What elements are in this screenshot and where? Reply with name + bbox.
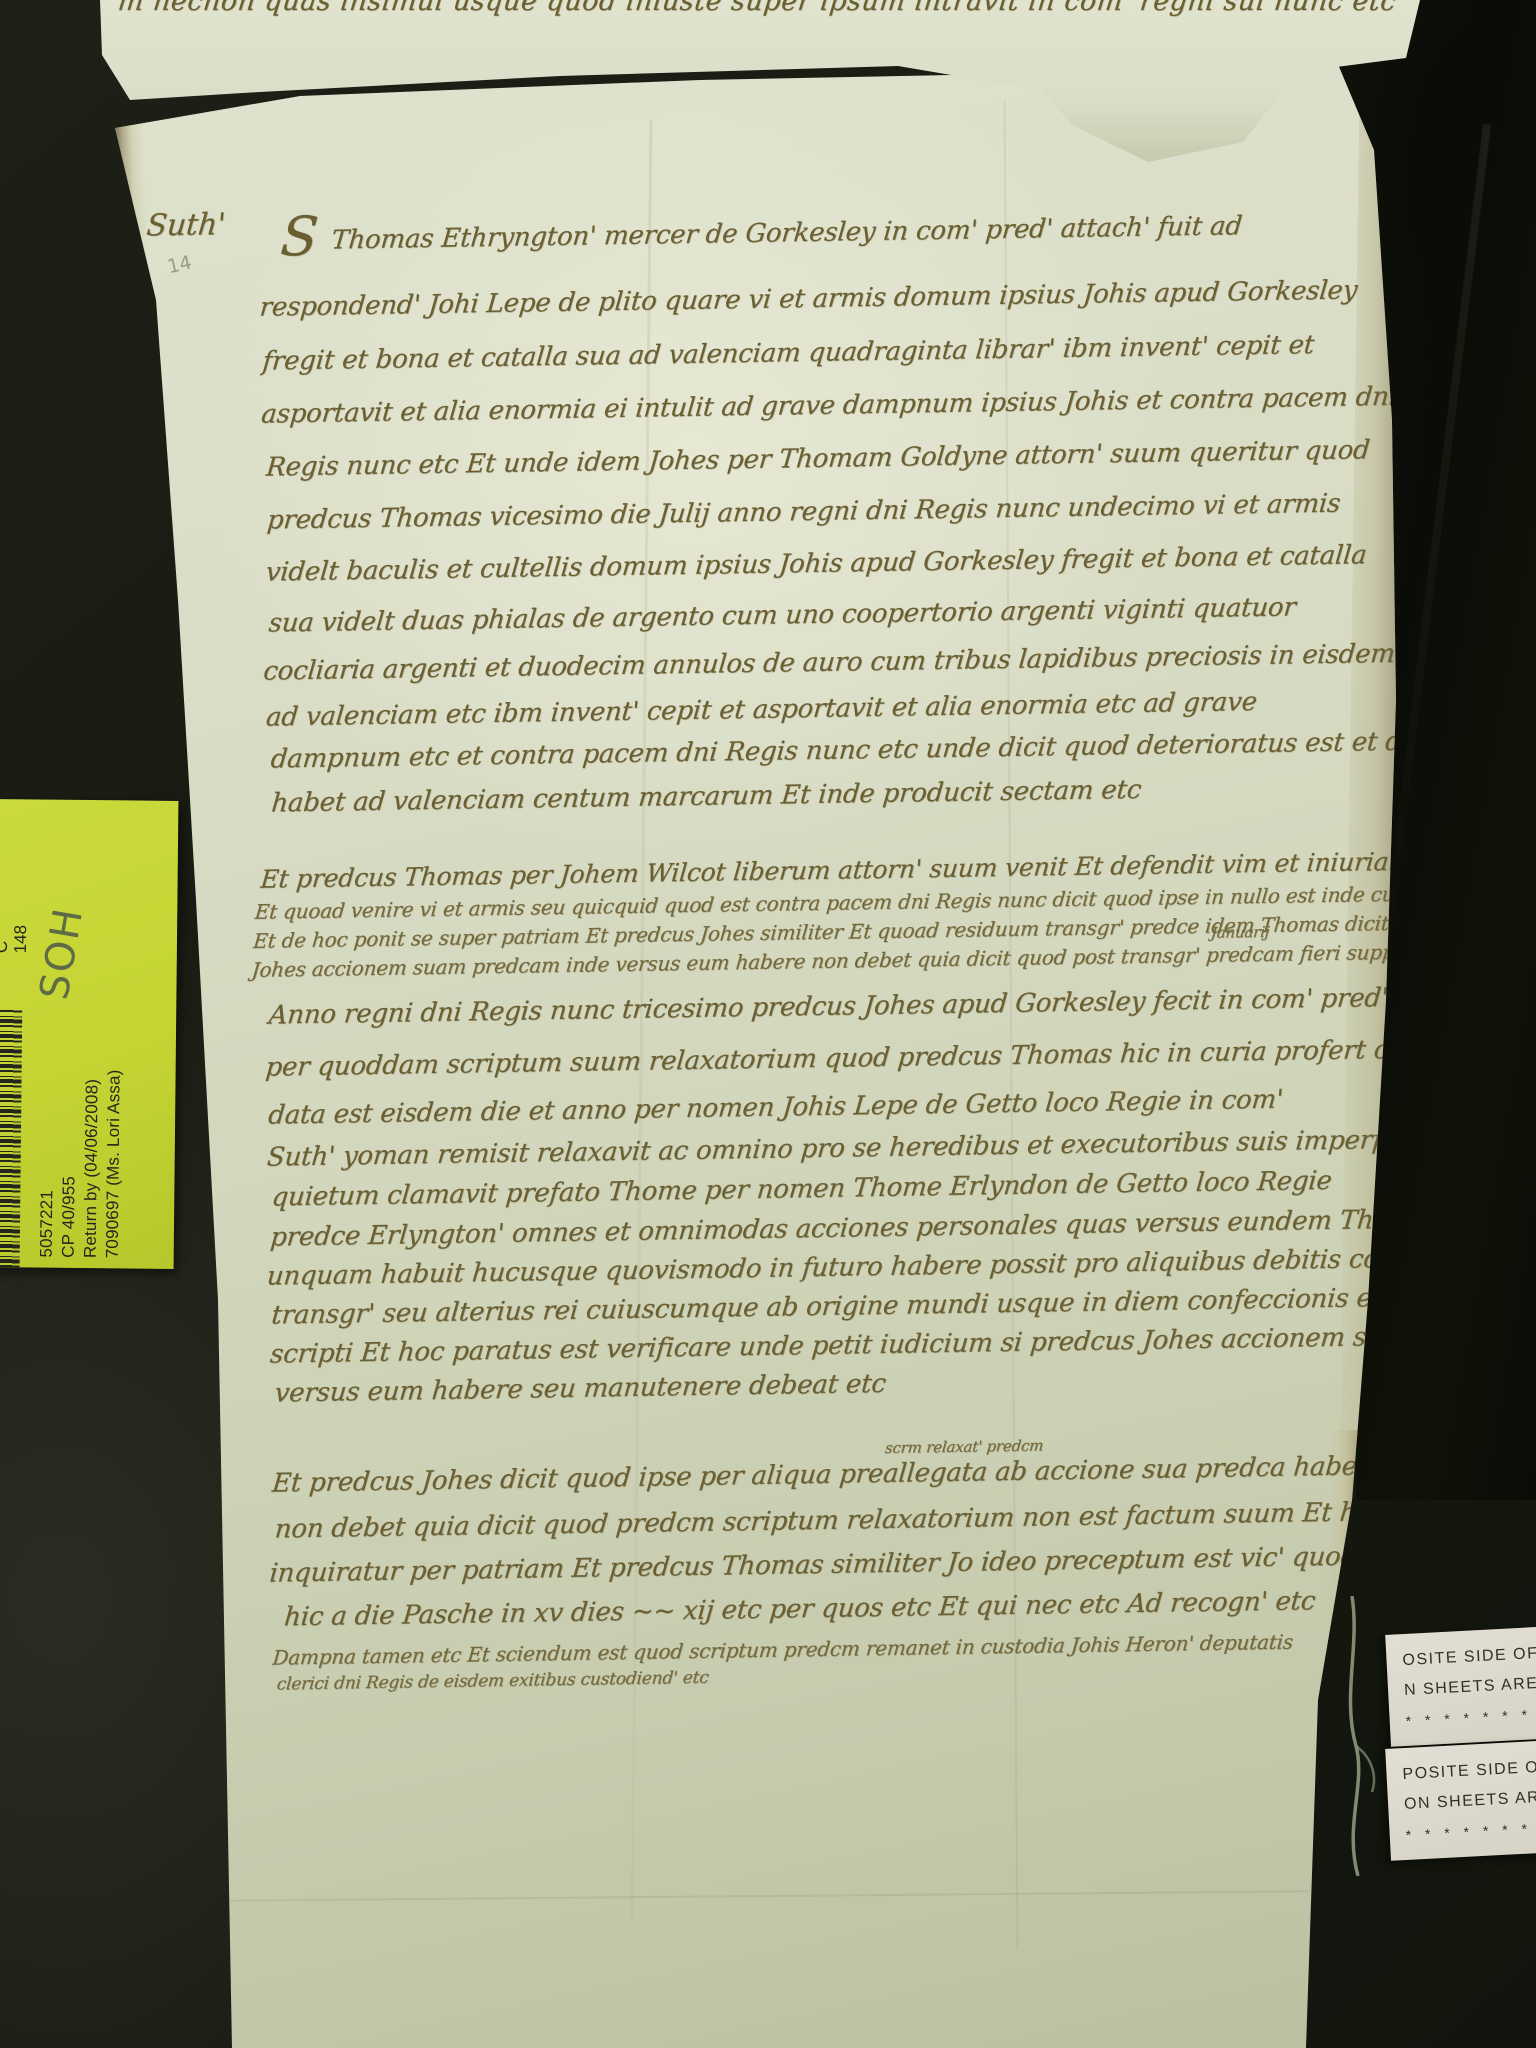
pencil-mark: 14 [165,251,193,278]
interlinear-note: Januarij [1210,923,1270,942]
manuscript-line: data est eisdem die et anno per nomen Jo… [267,1085,1284,1131]
manuscript-line: hic a die Pasche in xv dies ~~ xij etc p… [283,1586,1317,1632]
sticky-note-rotated-content: 5057221 CP 40/955 Return by (04/06/2008)… [0,799,178,1269]
manuscript-line: clerici dni Regis de eisdem exitibus cus… [276,1668,710,1695]
barcode [0,1009,22,1267]
sticky-note-printed-text: 5057221 CP 40/955 Return by (04/06/2008)… [36,1069,126,1259]
parchment-page: Suth' 14 SThomas Ethryngton' mercer de G… [0,0,1536,2048]
manuscript-line: asportavit et alia enormia ei intulit ad… [260,382,1398,430]
manuscript-photo: Suth' 14 SThomas Ethryngton' mercer de G… [0,0,1536,2048]
manuscript-line: versus eum habere seu manutenere debeat … [273,1369,887,1409]
cropped-script-fragment: m necnon quas insimul usque quod iniuste… [116,0,1397,17]
manuscript-line: sua videlt duas phialas de argento cum u… [267,592,1297,638]
sticky-note-corner-text: C 148 [0,925,30,954]
white-archive-slip: POSITE SIDE OF ON SHEETS ARE A * * * * *… [1385,1739,1536,1861]
manuscript-line: SThomas Ethryngton' mercer de Gorkesley … [279,211,1243,256]
manuscript-line: Regis nunc etc Et unde idem Johes per Th… [265,435,1371,482]
manuscript-line: Suth' yoman remisit relaxavit ac omnino … [266,1124,1473,1173]
note-corner-148: 148 [11,925,30,954]
manuscript-line: fregit et bona et catalla sua ad valenci… [261,330,1315,377]
note-line-return-by: Return by (04/06/2008) [80,1069,104,1258]
manuscript-line: Dampna tamen etc Et sciendum est quod sc… [272,1630,1295,1670]
marginal-county-note: Suth' [145,207,227,243]
manuscript-line: inquiratur per patriam Et predcus Thomas… [268,1539,1529,1589]
manuscript-line: Anno regni dni Regis nunc tricesimo pred… [267,983,1389,1031]
flourished-initial: S [278,205,320,269]
manuscript-line: non debet quia dicit quod predcm scriptu… [274,1495,1529,1545]
manuscript-line: respondend' Johi Lepe de plito quare vi … [258,275,1358,322]
note-line-reference: CP 40/955 [58,1069,82,1258]
manuscript-line-text: Thomas Ethryngton' mercer de Gorkesley i… [330,211,1243,255]
manuscript-line: habet ad valenciam centum marcarum Et in… [270,775,1142,819]
note-line-reader: 7090697 (Ms. Lori Assa) [102,1069,126,1258]
manuscript-line: dampnum etc et contra pacem dni Regis nu… [269,725,1516,775]
white-archive-slip: OSITE SIDE OF N SHEETS ARE A * * * * * *… [1385,1625,1536,1747]
note-line-id: 5057221 [36,1069,60,1258]
manuscript-line: predcus Thomas vicesimo die Julij anno r… [266,489,1342,536]
handwritten-soh: SOH [31,904,92,1003]
manuscript-line: quietum clamavit prefato Thome per nomen… [270,1166,1333,1213]
yellow-sticky-note: 5057221 CP 40/955 Return by (04/06/2008)… [0,799,178,1269]
manuscript-line: ad valenciam etc ibm invent' cepit et as… [265,687,1258,733]
manuscript-line: videlt baculis et cultellis domum ipsius… [265,540,1368,587]
manuscript-line: per quoddam scriptum suum relaxatorium q… [264,1034,1444,1083]
manuscript-line: cocliaria argenti et duodecim annulos de… [262,638,1457,687]
interlinear-note: scrm relaxat' predcm [884,1436,1044,1457]
binding-thread [1326,1596,1396,1876]
manuscript-text-block: Suth' 14 SThomas Ethryngton' mercer de G… [0,0,1536,2048]
note-corner-c: C [0,925,11,954]
